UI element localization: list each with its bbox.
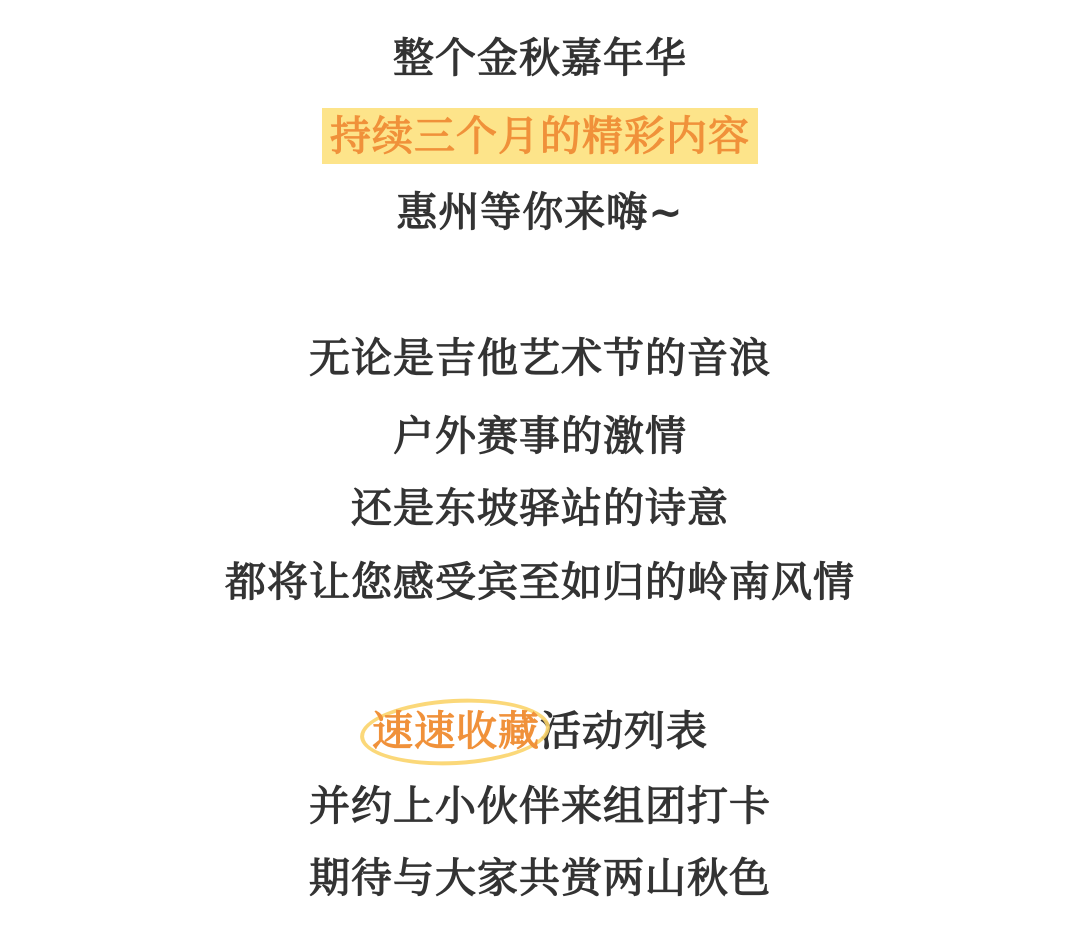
cta-line-1: 速速收藏活动列表 — [0, 705, 1080, 757]
events-line-3: 还是东坡驿站的诗意 — [0, 482, 1080, 534]
cta-line-3: 期待与大家共赏两山秋色 — [0, 852, 1080, 904]
intro-line-1: 整个金秋嘉年华 — [0, 32, 1080, 84]
cta-line-2: 并约上小伙伴来组团打卡 — [0, 780, 1080, 832]
cta-line-1-rest: 活动列表 — [540, 707, 708, 755]
circled-label: 速速收藏 — [372, 707, 540, 755]
events-line-4: 都将让您感受宾至如归的岭南风情 — [0, 556, 1080, 608]
events-line-1: 无论是吉他艺术节的音浪 — [0, 332, 1080, 384]
circled-text: 速速收藏 — [372, 705, 540, 757]
highlighted-text: 持续三个月的精彩内容 — [322, 108, 758, 164]
events-line-2: 户外赛事的激情 — [0, 410, 1080, 462]
intro-line-2: 持续三个月的精彩内容 — [0, 108, 1080, 164]
intro-line-3: 惠州等你来嗨~ — [0, 186, 1080, 238]
